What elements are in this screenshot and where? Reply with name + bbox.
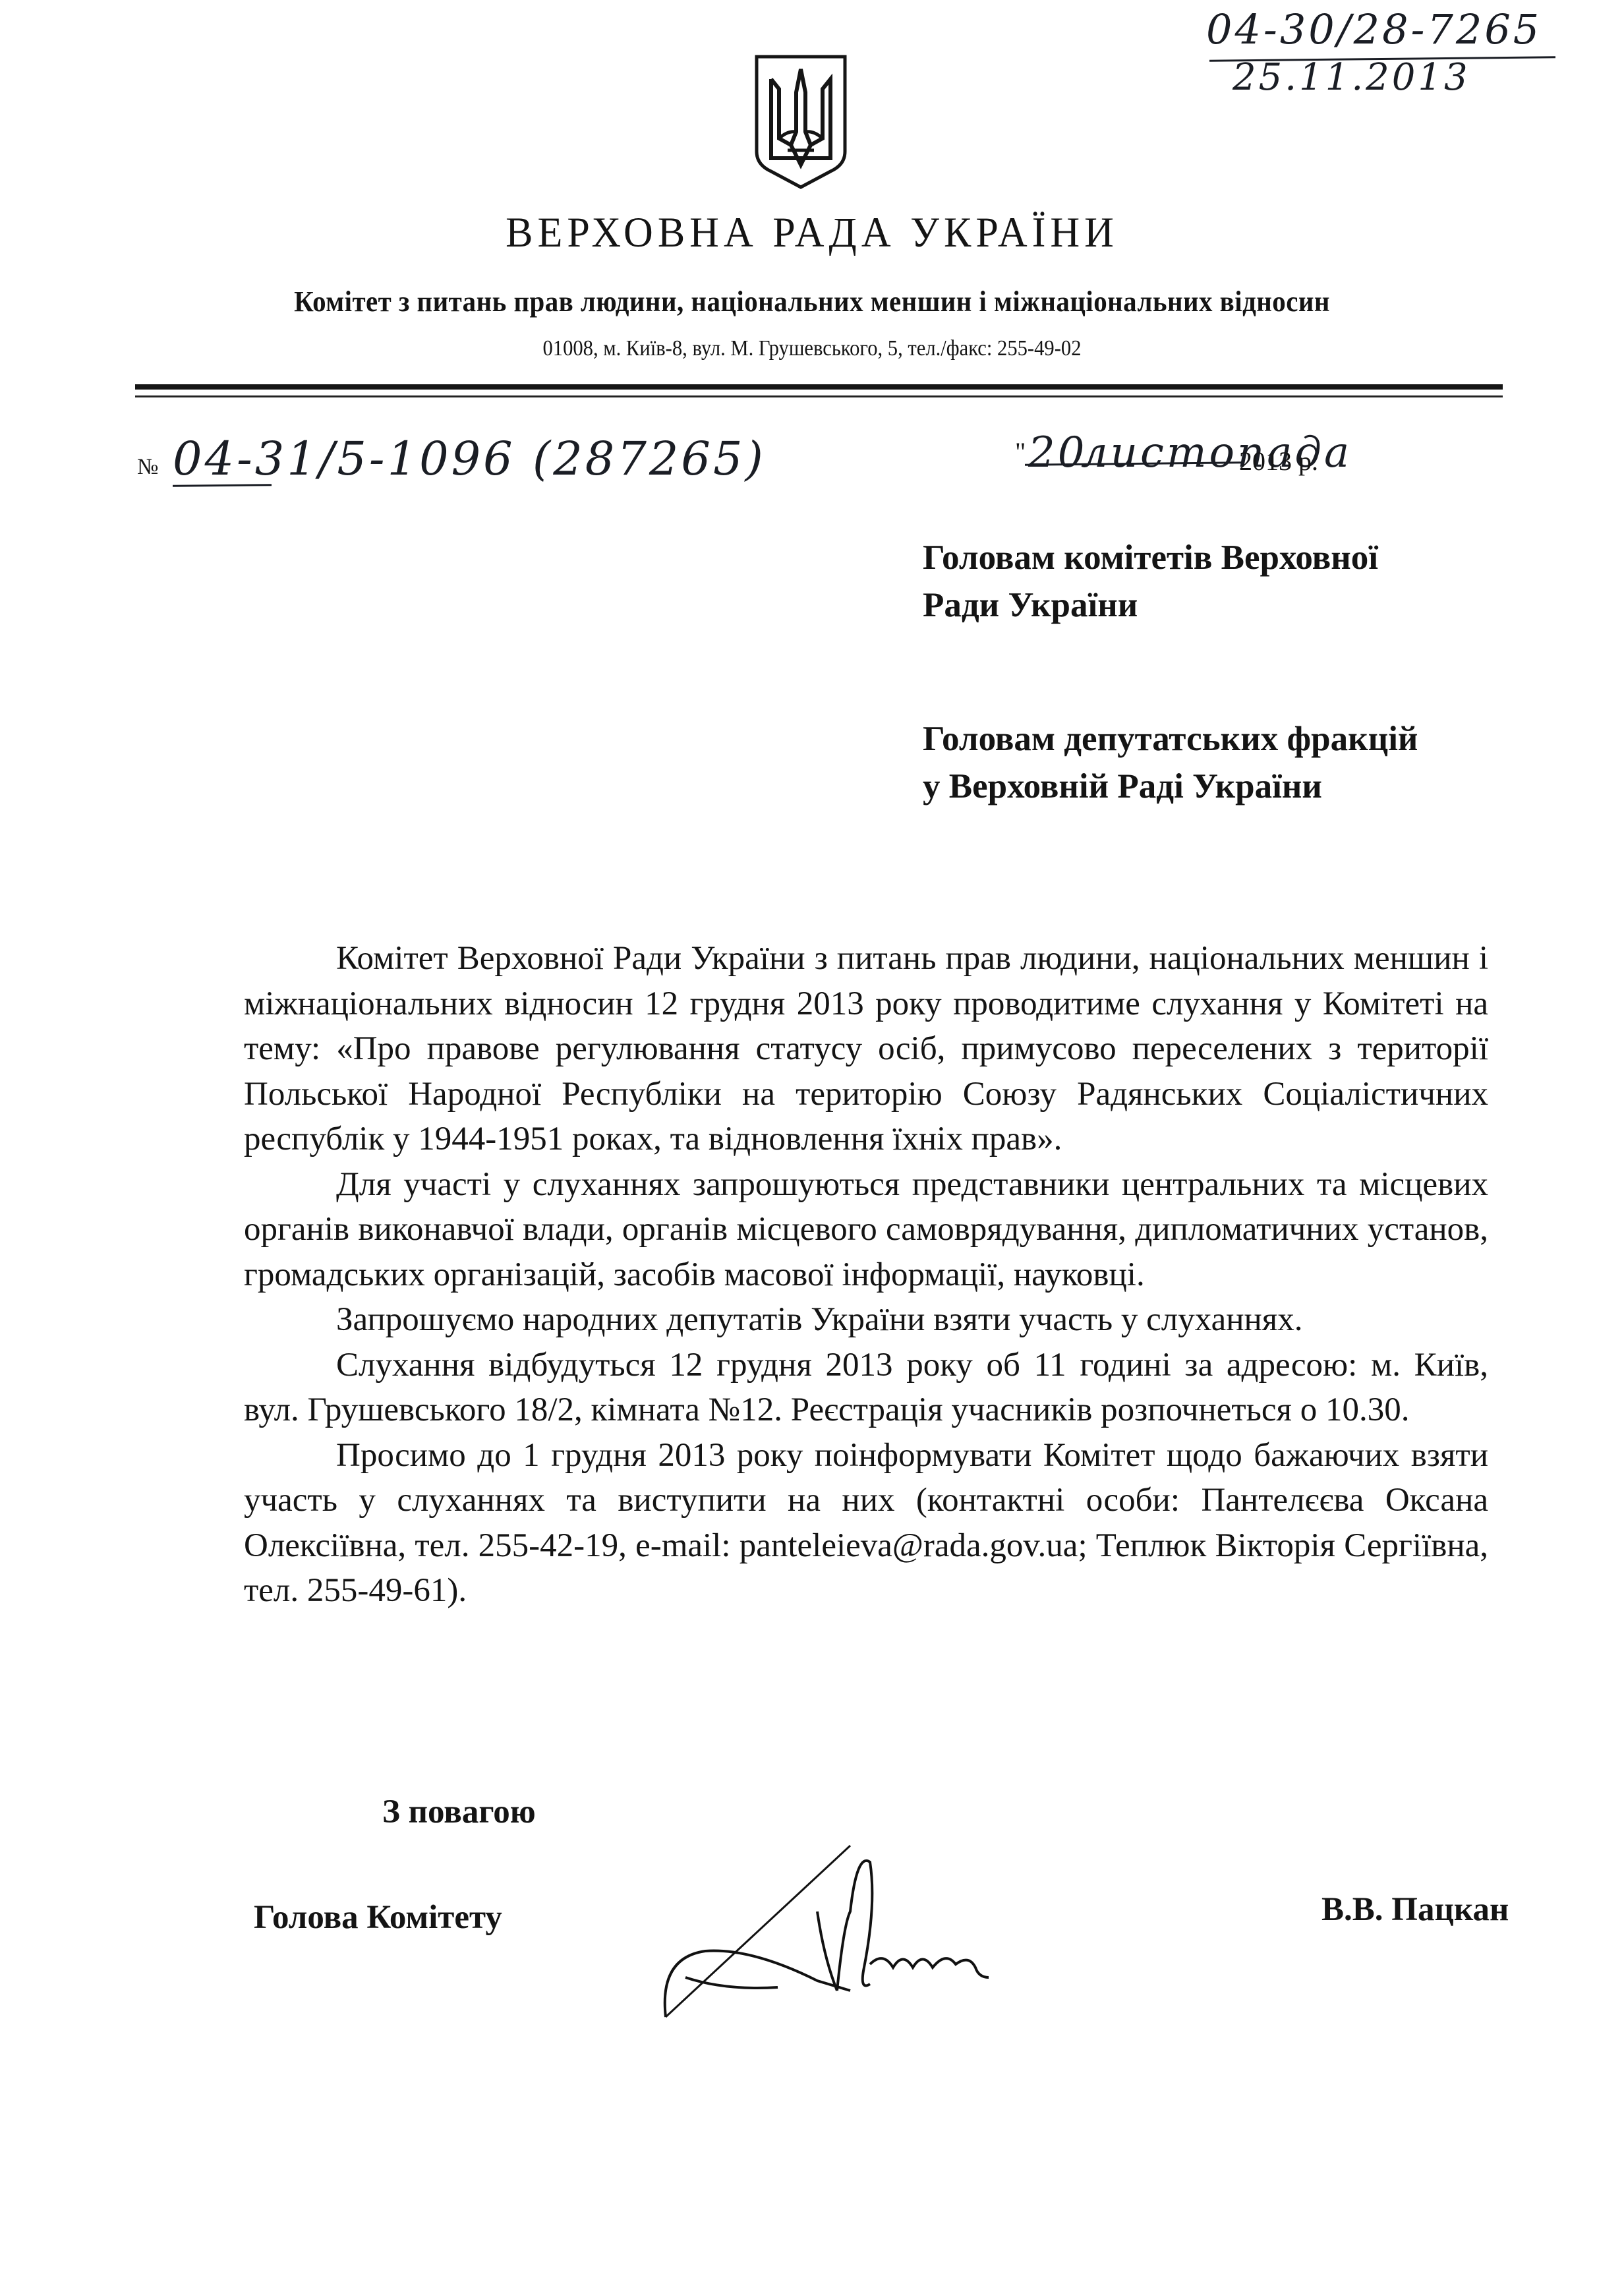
date-open-quote: " [1015, 436, 1026, 467]
committee-name: Комітет з питань прав людини, національн… [57, 285, 1567, 318]
header-divider-thin [135, 395, 1503, 397]
addressee-line: Головам депутатських фракцій [923, 715, 1418, 763]
reference-number-underline [173, 484, 272, 487]
coat-of-arms-trident-icon [751, 53, 850, 191]
committee-address: 01008, м. Київ-8, вул. М. Грушевського, … [81, 336, 1543, 361]
body-paragraph: Запрошуємо народних депутатів України вз… [244, 1297, 1488, 1343]
body-paragraph: Для участі у слуханнях запрошуються пред… [244, 1162, 1488, 1298]
addressee-line: Ради України [923, 581, 1378, 629]
body-paragraph: Комітет Верховної Ради України з питань … [244, 936, 1488, 1162]
letter-body: Комітет Верховної Ради України з питань … [244, 936, 1488, 1614]
addressee-committee-heads: Головам комітетів Верховної Ради України [923, 534, 1378, 629]
signer-name: В.В. Пацкан [1321, 1890, 1509, 1929]
registration-number: 04-30/28-7265 [1206, 5, 1542, 53]
reference-number-value: 04-31/5-1096 (287265) [173, 432, 766, 486]
date-year: 2013 р. [1239, 446, 1318, 477]
signer-title: Голова Комітету [254, 1898, 502, 1937]
registration-date: 25.11.2013 [1232, 56, 1470, 99]
body-paragraph: Слухання відбудуться 12 грудня 2013 року… [244, 1343, 1488, 1433]
addressee-line: Головам комітетів Верховної [923, 534, 1378, 581]
closing-regards: З повагою [382, 1793, 536, 1831]
parliament-title: ВЕРХОВНА РАДА УКРАЇНИ [0, 208, 1624, 258]
addressee-line: у Верховній Раді України [923, 763, 1418, 810]
header-divider-thick [135, 384, 1503, 390]
handwritten-signature-icon [646, 1826, 1279, 2024]
addressee-faction-heads: Головам депутатських фракцій у Верховній… [923, 715, 1418, 810]
reference-number-label: № [137, 455, 158, 480]
body-paragraph: Просимо до 1 грудня 2013 року поінформув… [244, 1433, 1488, 1614]
date-day: 20 [1028, 428, 1087, 477]
